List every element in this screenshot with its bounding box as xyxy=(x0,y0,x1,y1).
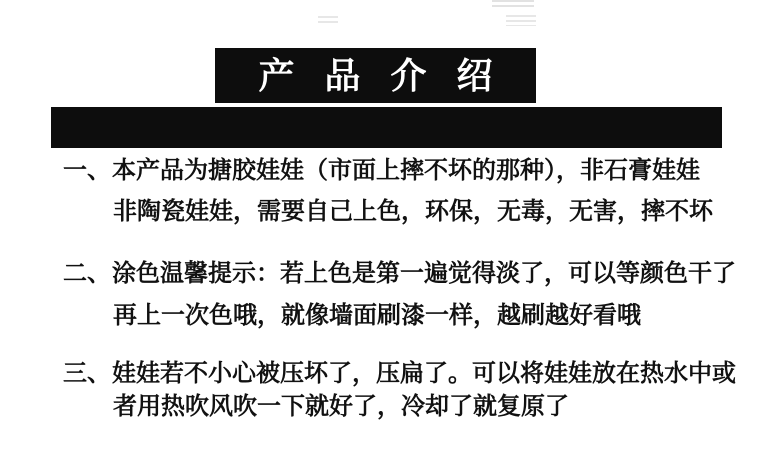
section-3-line-1: 三、娃娃若不小心被压坏了，压扁了。可以将娃娃放在热水中或 xyxy=(63,362,736,386)
section-2-text-1: 涂色温馨提示：若上色是第一遍觉得淡了，可以等颜色干了 xyxy=(112,260,736,287)
print-artifact-smudge xyxy=(318,16,338,26)
section-1-line-2: 非陶瓷娃娃，需要自己上色，环保，无毒，无害，摔不坏 xyxy=(113,200,713,224)
section-2-marker: 二、 xyxy=(63,262,112,286)
section-2-text-2: 再上一次色哦，就像墙面刷漆一样，越刷越好看哦 xyxy=(113,302,641,329)
title-banner: 产品介绍 xyxy=(215,48,536,103)
product-intro-poster: 产品介绍 一、本产品为搪胶娃娃（市面上摔不坏的那种），非石膏娃娃 非陶瓷娃娃，需… xyxy=(0,0,781,470)
section-3-marker: 三、 xyxy=(63,362,112,386)
section-3-text-1: 娃娃若不小心被压坏了，压扁了。可以将娃娃放在热水中或 xyxy=(112,360,736,387)
page-title: 产品介绍 xyxy=(258,58,522,94)
section-2-line-2: 再上一次色哦，就像墙面刷漆一样，越刷越好看哦 xyxy=(113,304,641,328)
section-2-line-1: 二、涂色温馨提示：若上色是第一遍觉得淡了，可以等颜色干了 xyxy=(63,262,736,286)
section-3-text-2: 者用热吹风吹一下就好了，冷却了就复原了 xyxy=(113,393,569,420)
section-1-line-1: 一、本产品为搪胶娃娃（市面上摔不坏的那种），非石膏娃娃 xyxy=(63,159,700,183)
print-artifact-smudge xyxy=(506,15,536,26)
divider-bar xyxy=(51,107,722,148)
section-1-text-2: 非陶瓷娃娃，需要自己上色，环保，无毒，无害，摔不坏 xyxy=(113,198,713,225)
print-artifact-smudge xyxy=(492,0,534,8)
section-3-line-2: 者用热吹风吹一下就好了，冷却了就复原了 xyxy=(113,395,569,419)
section-1-text-1: 本产品为搪胶娃娃（市面上摔不坏的那种），非石膏娃娃 xyxy=(112,157,700,184)
section-1-marker: 一、 xyxy=(63,159,112,183)
